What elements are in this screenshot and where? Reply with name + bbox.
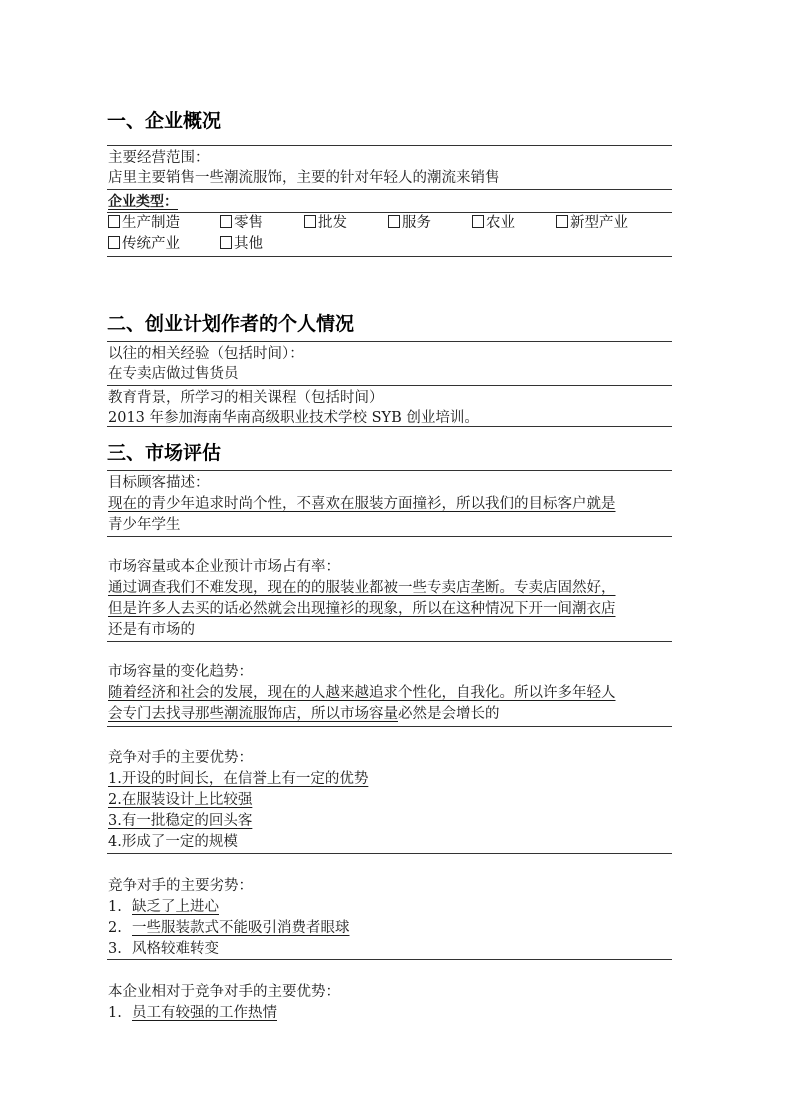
own-advantages-label: 本企业相对于竞争对手的主要优势：	[108, 982, 340, 1002]
section-1-title: 一、企业概况	[107, 106, 221, 133]
checkbox-label: 生产制造	[122, 215, 180, 231]
section-3-title: 三、市场评估	[107, 438, 221, 465]
checkbox-service[interactable]: 服务	[388, 213, 431, 233]
market-share-line: 还是有市场的	[108, 620, 195, 640]
market-trend-rest: 必然是会增长的	[398, 706, 500, 722]
competitor-advantage-item: 3.有一批稳定的回头客	[108, 811, 252, 831]
market-share-label: 市场容量或本企业预计市场占有率：	[108, 557, 340, 577]
checkbox-icon	[220, 215, 232, 228]
market-share-line: 但是许多人去买的话必然就会出现撞衫的现象，所以在这种情况下开一间潮衣店	[108, 599, 616, 619]
competitor-weakness-item: 1.缺乏了上进心	[108, 897, 219, 917]
divider	[107, 189, 672, 190]
checkbox-icon	[108, 236, 120, 249]
checkbox-label: 农业	[486, 215, 515, 231]
checkbox-manufacturing[interactable]: 生产制造	[108, 213, 180, 233]
business-scope-label: 主要经营范围：	[108, 148, 210, 168]
divider	[107, 341, 672, 342]
divider	[107, 385, 672, 386]
list-text: 缺乏了上进心	[132, 899, 219, 915]
checkbox-label: 服务	[402, 215, 431, 231]
checkbox-traditional-industry[interactable]: 传统产业	[108, 234, 180, 254]
list-number: 1.	[108, 1003, 132, 1023]
list-text: 风格较难转变	[132, 941, 219, 957]
list-text: 一些服装款式不能吸引消费者眼球	[132, 920, 350, 936]
divider	[107, 536, 672, 537]
target-customer-line: 青少年学生	[108, 515, 181, 535]
competitor-weaknesses-label: 竞争对手的主要劣势：	[108, 876, 253, 896]
checkbox-icon	[304, 215, 316, 228]
own-advantage-item: 1.员工有较强的工作热情	[108, 1003, 277, 1023]
education-label: 教育背景，所学习的相关课程（包括时间）	[108, 388, 384, 408]
divider	[107, 641, 672, 642]
list-number: 2.	[108, 918, 132, 938]
business-scope-value: 店里主要销售一些潮流服饰，主要的针对年轻人的潮流来销售	[108, 168, 500, 188]
market-share-line: 通过调查我们不难发现，现在的的服装业都被一些专卖店垄断。专卖店固然好，	[108, 578, 616, 598]
checkbox-agriculture[interactable]: 农业	[472, 213, 515, 233]
divider	[107, 256, 672, 257]
list-number: 1.	[108, 897, 132, 917]
checkbox-new-industry[interactable]: 新型产业	[556, 213, 628, 233]
competitor-advantage-item: 2.在服装设计上比较强	[108, 790, 252, 810]
market-trend-label: 市场容量的变化趋势：	[108, 662, 253, 682]
checkbox-icon	[556, 215, 568, 228]
competitor-weakness-item: 3.风格较难转变	[108, 939, 219, 959]
competitor-weakness-item: 2.一些服装款式不能吸引消费者眼球	[108, 918, 350, 938]
market-trend-underlined: 会专门去找寻那些潮流服饰店，所以市场容量	[108, 706, 398, 722]
education-value: 2013 年参加海南华南高级职业技术学校 SYB 创业培训。	[108, 408, 479, 428]
divider	[107, 470, 672, 471]
checkbox-wholesale[interactable]: 批发	[304, 213, 347, 233]
divider	[107, 853, 672, 854]
checkbox-icon	[472, 215, 484, 228]
experience-label: 以往的相关经验（包括时间）：	[108, 344, 304, 364]
checkbox-retail[interactable]: 零售	[220, 213, 263, 233]
checkbox-label: 其他	[234, 236, 263, 252]
section-2-title: 二、创业计划作者的个人情况	[107, 309, 354, 336]
divider	[107, 959, 672, 960]
checkbox-label: 传统产业	[122, 236, 180, 252]
checkbox-icon	[108, 215, 120, 228]
divider	[107, 145, 672, 146]
list-number: 3.	[108, 939, 132, 959]
competitor-advantage-item: 1.开设的时间长，在信誉上有一定的优势	[108, 769, 368, 789]
checkbox-icon	[388, 215, 400, 228]
business-type-label: 企业类型：	[108, 192, 178, 212]
target-customer-line: 现在的青少年追求时尚个性，不喜欢在服装方面撞衫，所以我们的目标客户就是	[108, 494, 616, 514]
market-trend-line: 会专门去找寻那些潮流服饰店，所以市场容量必然是会增长的	[108, 704, 500, 724]
checkbox-other[interactable]: 其他	[220, 234, 263, 254]
market-trend-line: 随着经济和社会的发展，现在的人越来越追求个性化，自我化。所以许多年轻人	[108, 683, 616, 703]
checkbox-icon	[220, 236, 232, 249]
competitor-advantage-item: 4.形成了一定的规模	[108, 832, 238, 852]
checkbox-label: 批发	[318, 215, 347, 231]
experience-value: 在专卖店做过售货员	[108, 364, 239, 384]
checkbox-label: 零售	[234, 215, 263, 231]
checkbox-label: 新型产业	[570, 215, 628, 231]
list-text: 员工有较强的工作热情	[132, 1005, 277, 1021]
competitor-advantages-label: 竞争对手的主要优势：	[108, 748, 253, 768]
divider	[107, 726, 672, 727]
divider	[107, 426, 672, 427]
target-customer-label: 目标顾客描述：	[108, 473, 210, 493]
